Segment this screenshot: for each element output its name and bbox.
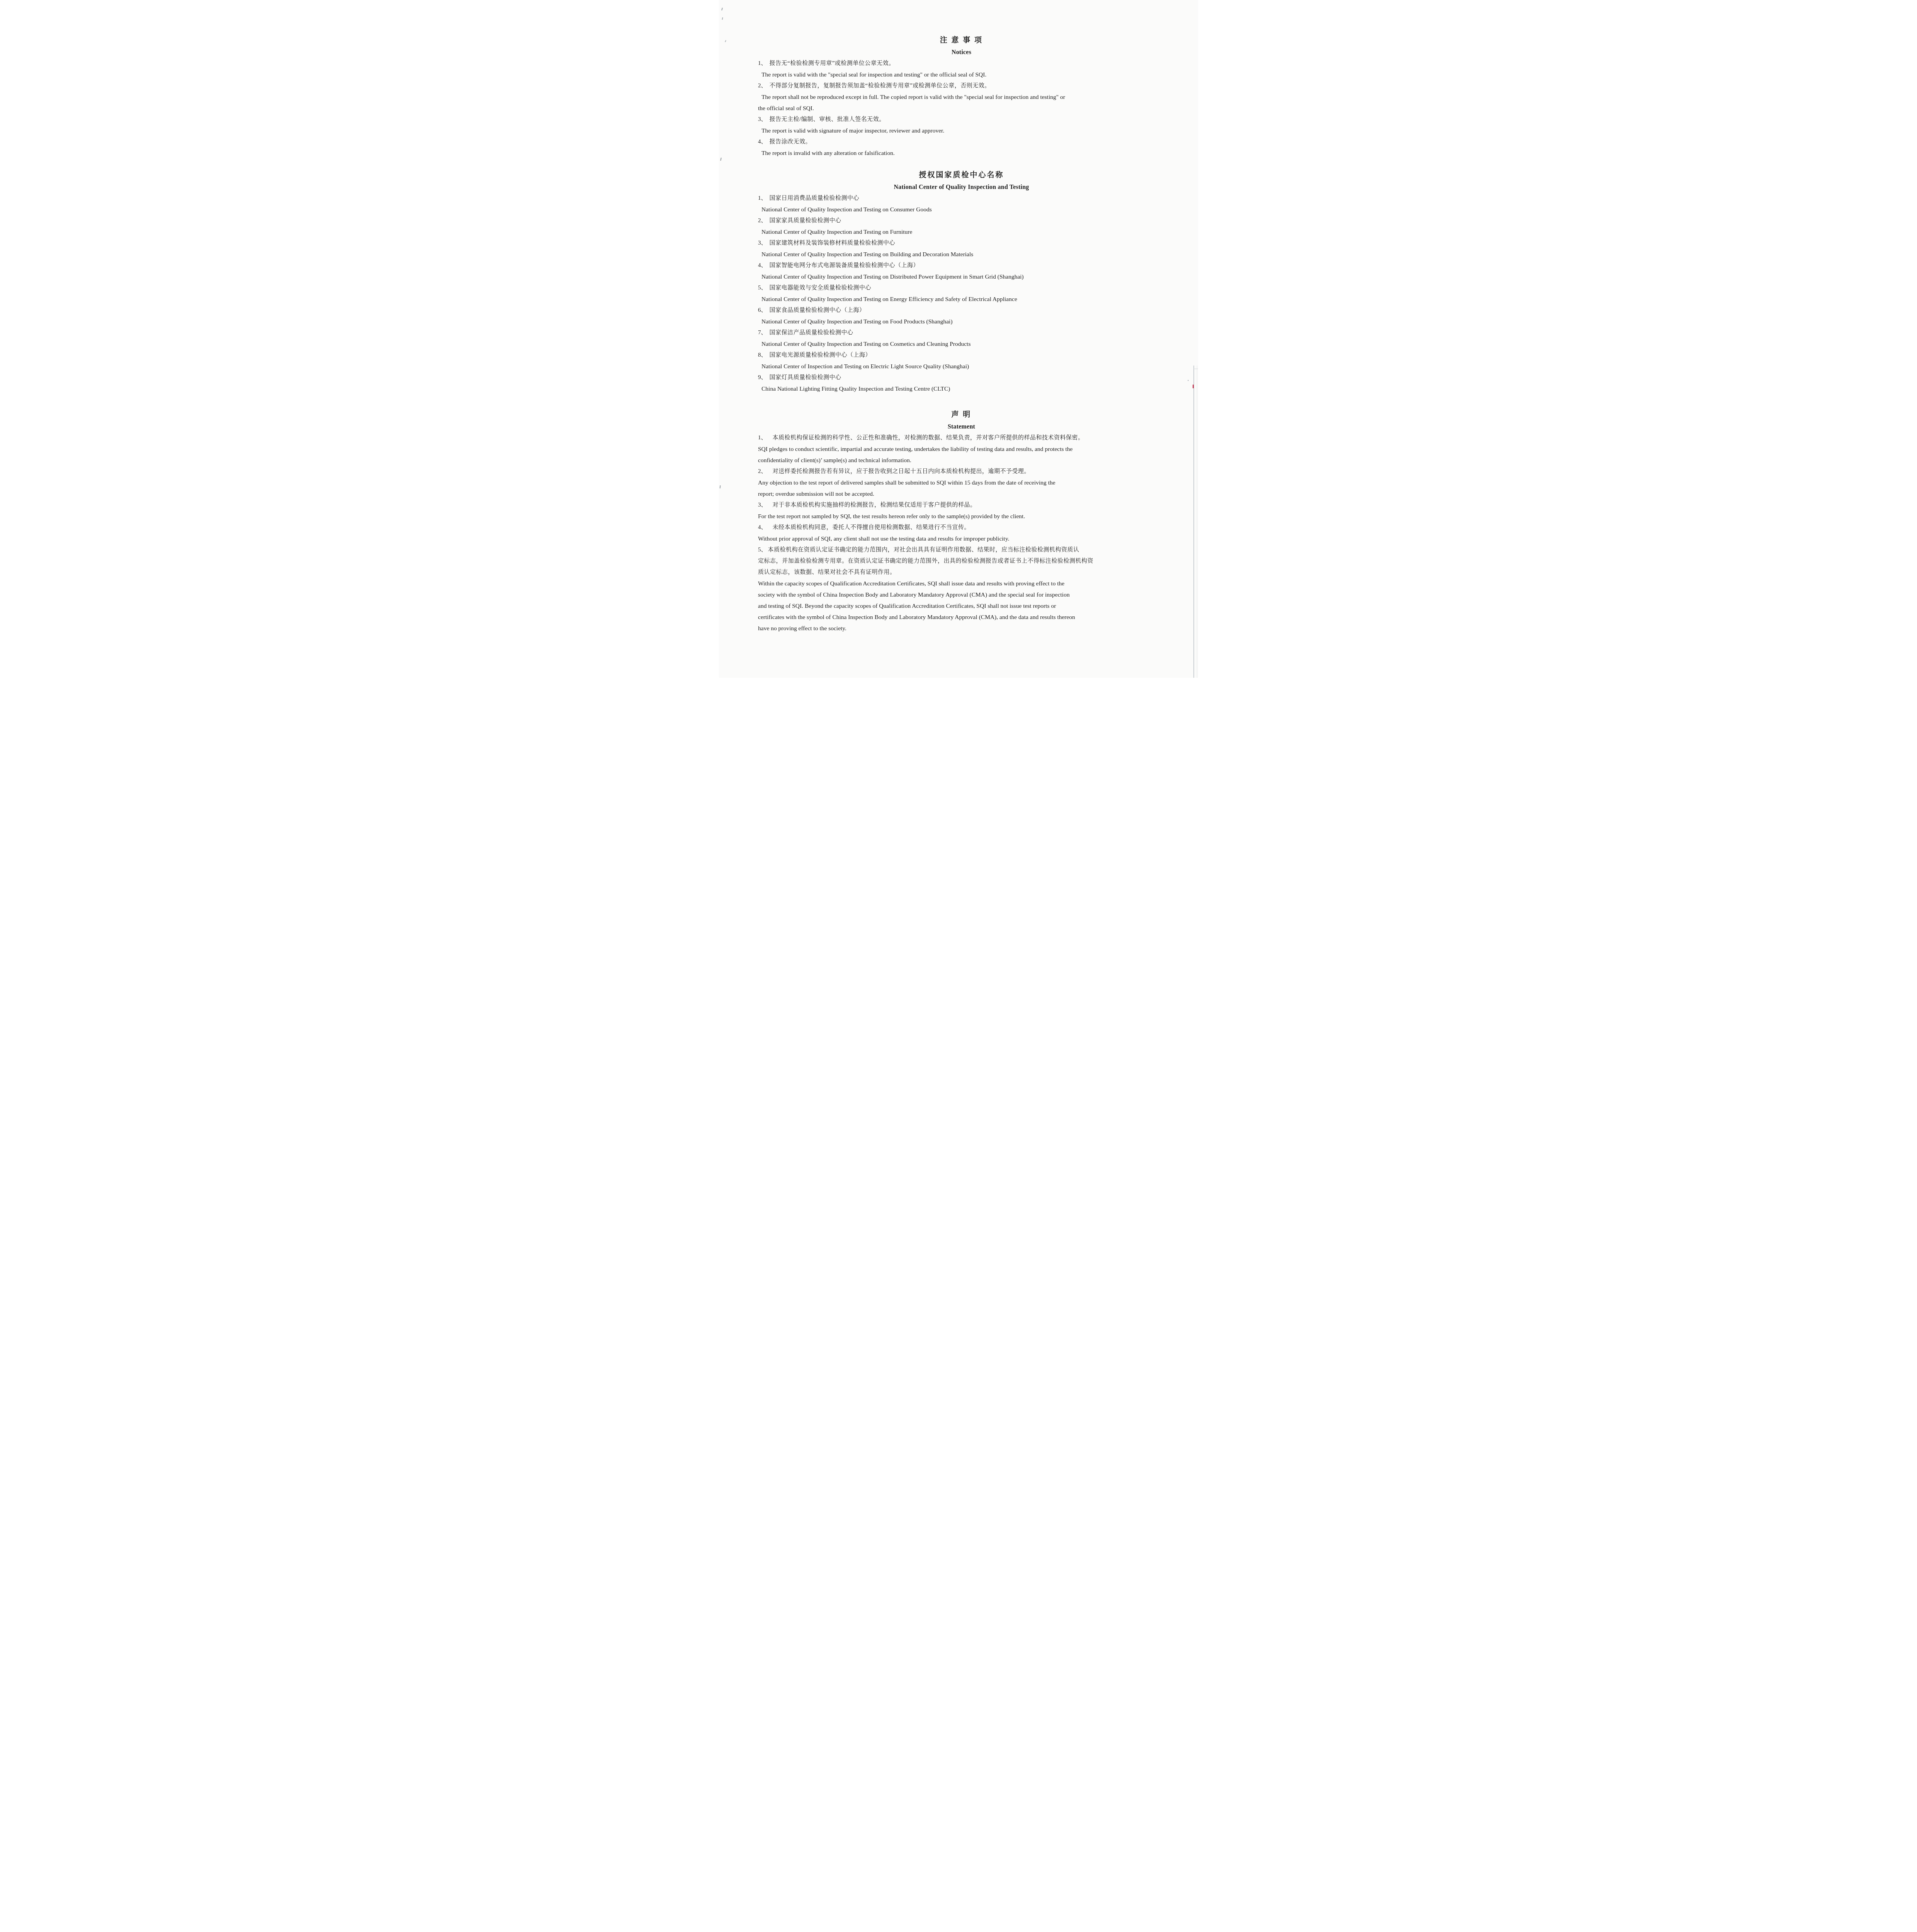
center-6-en: National Center of Quality Inspection an…	[761, 316, 1165, 327]
notices-title-en: Notices	[758, 47, 1165, 58]
center-6-zh: 6、国家食品质量检验检测中心（上海）	[758, 305, 1165, 316]
statement-3-zh: 3、对于非本质检机构实施抽样的检测报告，检测结果仅适用于客户提供的样品。	[758, 500, 1165, 511]
statement-3-zh-text: 对于非本质检机构实施抽样的检测报告，检测结果仅适用于客户提供的样品。	[773, 502, 976, 508]
page-content: 注 意 事 项 Notices 1、报告无“检验检测专用章”或检测单位公章无效。…	[758, 34, 1165, 634]
statement-1-en-line2: confidentiality of client(s)’ sample(s) …	[758, 455, 1165, 466]
statement-1-zh: 1、本质检机构保证检测的科学性、公正性和准确性，对检测的数据、结果负责，并对客户…	[758, 432, 1165, 444]
scan-artifact-left-2	[722, 17, 723, 20]
center-8-zh: 8、国家电光源质量检验检测中心（上海）	[758, 350, 1165, 361]
statement-3-en: For the test report not sampled by SQI, …	[758, 511, 1165, 522]
center-8-en: National Center of Inspection and Testin…	[761, 361, 1165, 372]
center-4-number: 4、	[758, 262, 767, 269]
notice-2-zh-text: 不得部分复制报告，复制报告须加盖“检验检测专用章”或检测单位公章，否则无效。	[770, 83, 991, 89]
center-5-zh: 5、国家电器能效与安全质量检验检测中心	[758, 282, 1165, 294]
notice-4-zh-text: 报告涂改无效。	[770, 139, 812, 145]
statement-title-en: Statement	[758, 421, 1165, 432]
scan-artifact-left-5	[720, 485, 721, 488]
statement-5-en-line2: society with the symbol of China Inspect…	[758, 589, 1165, 600]
statement-2-number: 2、	[758, 468, 767, 474]
statement-2-en-line1: Any objection to the test report of deli…	[758, 477, 1165, 488]
notice-2-en-line1: The report shall not be reproduced excep…	[761, 92, 1165, 103]
center-1-zh: 1、国家日用消费品质量检验检测中心	[758, 193, 1165, 204]
center-5-en: National Center of Quality Inspection an…	[761, 294, 1165, 305]
center-5-zh-text: 国家电器能效与安全质量检验检测中心	[770, 285, 872, 291]
scan-edge-line	[1193, 366, 1194, 678]
center-2-zh-text: 国家家具质量检验检测中心	[770, 218, 841, 224]
statement-5-zh-line2: 定标志，并加盖检验检测专用章。在资质认定证书确定的能力范围外，出具的检验检测报告…	[758, 556, 1165, 567]
statement-5-number: 5、	[758, 547, 767, 553]
centers-section: 授权国家质检中心名称 National Center of Quality In…	[758, 169, 1165, 395]
notice-1-zh: 1、报告无“检验检测专用章”或检测单位公章无效。	[758, 58, 1165, 69]
center-9-number: 9、	[758, 374, 767, 381]
statement-1-en-line1: SQI pledges to conduct scientific, impar…	[758, 444, 1165, 455]
statement-5-en-line5: have no proving effect to the society.	[758, 623, 1165, 634]
scan-red-mark	[1193, 384, 1194, 388]
center-2-en: National Center of Quality Inspection an…	[761, 226, 1165, 238]
scan-speck	[1188, 380, 1189, 381]
notice-2-zh: 2、不得部分复制报告，复制报告须加盖“检验检测专用章”或检测单位公章，否则无效。	[758, 80, 1165, 92]
center-3-en: National Center of Quality Inspection an…	[761, 249, 1165, 260]
center-4-en: National Center of Quality Inspection an…	[761, 271, 1165, 282]
statement-4-zh-text: 未经本质检机构同意，委托人不得擅自使用检测数据、结果进行不当宣传。	[773, 524, 970, 531]
statement-title-zh: 声 明	[758, 408, 1165, 421]
notices-section: 注 意 事 项 Notices 1、报告无“检验检测专用章”或检测单位公章无效。…	[758, 34, 1165, 159]
statement-2-en-line2: report; overdue submission will not be a…	[758, 488, 1165, 500]
center-8-number: 8、	[758, 352, 767, 358]
statement-5-en-line3: and testing of SQI. Beyond the capacity …	[758, 600, 1165, 612]
centers-title-zh: 授权国家质检中心名称	[758, 169, 1165, 182]
scanned-report-notices-page: 注 意 事 项 Notices 1、报告无“检验检测专用章”或检测单位公章无效。…	[719, 0, 1198, 678]
center-3-zh-text: 国家建筑材料及装饰装修材料质量检验检测中心	[770, 240, 896, 246]
notices-title-zh: 注 意 事 项	[758, 34, 1165, 47]
notice-2-en-line2: the official seal of SQI.	[758, 103, 1165, 114]
center-7-zh-text: 国家保洁产品质量检验检测中心	[770, 330, 853, 336]
notice-1-number: 1、	[758, 60, 767, 66]
center-9-zh-text: 国家灯具质量检验检测中心	[770, 374, 841, 381]
center-7-zh: 7、国家保洁产品质量检验检测中心	[758, 327, 1165, 338]
center-1-number: 1、	[758, 195, 767, 201]
statement-5-en-line1: Within the capacity scopes of Qualificat…	[758, 578, 1165, 589]
center-6-number: 6、	[758, 307, 767, 313]
statement-2-zh: 2、对送样委托检测报告若有异议，应于报告收到之日起十五日内向本质检机构提出，逾期…	[758, 466, 1165, 477]
notice-2-number: 2、	[758, 83, 767, 89]
notice-4-en: The report is invalid with any alteratio…	[761, 148, 1165, 159]
center-1-zh-text: 国家日用消费品质量检验检测中心	[770, 195, 860, 201]
notice-1-en: The report is valid with the "special se…	[761, 69, 1165, 80]
center-4-zh: 4、国家智能电网分布式电源装备质量检验检测中心（上海）	[758, 260, 1165, 271]
statement-1-number: 1、	[758, 435, 767, 441]
center-7-number: 7、	[758, 330, 767, 336]
scan-edge-line-outer	[1197, 366, 1197, 678]
statement-5-en-line4: certificates with the symbol of China In…	[758, 612, 1165, 623]
center-2-number: 2、	[758, 218, 767, 224]
center-1-en: National Center of Quality Inspection an…	[761, 204, 1165, 215]
statement-5-zh-line3: 质认定标志，该数据、结果对社会不具有证明作用。	[758, 567, 1165, 578]
scan-artifact-left-1	[721, 8, 723, 10]
center-7-en: National Center of Quality Inspection an…	[761, 338, 1165, 350]
statement-4-number: 4、	[758, 524, 767, 531]
notice-3-zh: 3、报告无主检/编制、审核、批准人签名无效。	[758, 114, 1165, 125]
statement-section: 声 明 Statement 1、本质检机构保证检测的科学性、公正性和准确性，对检…	[758, 408, 1165, 634]
scan-artifact-left-3	[725, 40, 726, 42]
scan-edge-tick	[1193, 369, 1198, 369]
notice-4-number: 4、	[758, 139, 767, 145]
statement-4-en: Without prior approval of SQI, any clien…	[758, 533, 1165, 544]
center-3-number: 3、	[758, 240, 767, 246]
center-5-number: 5、	[758, 285, 767, 291]
statement-2-zh-text: 对送样委托检测报告若有异议，应于报告收到之日起十五日内向本质检机构提出，逾期不予…	[773, 468, 1030, 474]
center-6-zh-text: 国家食品质量检验检测中心（上海）	[770, 307, 865, 313]
center-3-zh: 3、国家建筑材料及装饰装修材料质量检验检测中心	[758, 238, 1165, 249]
center-9-en: China National Lighting Fitting Quality …	[761, 383, 1165, 395]
centers-title-en: National Center of Quality Inspection an…	[758, 182, 1165, 193]
statement-1-zh-text: 本质检机构保证检测的科学性、公正性和准确性，对检测的数据、结果负责，并对客户所提…	[773, 435, 1084, 441]
statement-5-zh-line1: 5、本质检机构在资质认定证书确定的能力范围内，对社会出具具有证明作用数据、结果时…	[758, 544, 1165, 556]
statement-4-zh: 4、未经本质检机构同意，委托人不得擅自使用检测数据、结果进行不当宣传。	[758, 522, 1165, 533]
center-2-zh: 2、国家家具质量检验检测中心	[758, 215, 1165, 226]
center-4-zh-text: 国家智能电网分布式电源装备质量检验检测中心（上海）	[770, 262, 919, 269]
notice-3-zh-text: 报告无主检/编制、审核、批准人签名无效。	[770, 116, 885, 122]
center-8-zh-text: 国家电光源质量检验检测中心（上海）	[770, 352, 872, 358]
scan-artifact-left-4	[720, 158, 722, 161]
statement-3-number: 3、	[758, 502, 767, 508]
statement-5-zh-text1: 本质检机构在资质认定证书确定的能力范围内，对社会出具具有证明作用数据、结果时，应…	[768, 547, 1079, 553]
notice-1-zh-text: 报告无“检验检测专用章”或检测单位公章无效。	[770, 60, 895, 66]
notice-3-number: 3、	[758, 116, 767, 122]
center-9-zh: 9、国家灯具质量检验检测中心	[758, 372, 1165, 383]
notice-4-zh: 4、报告涂改无效。	[758, 136, 1165, 148]
notice-3-en: The report is valid with signature of ma…	[761, 125, 1165, 136]
